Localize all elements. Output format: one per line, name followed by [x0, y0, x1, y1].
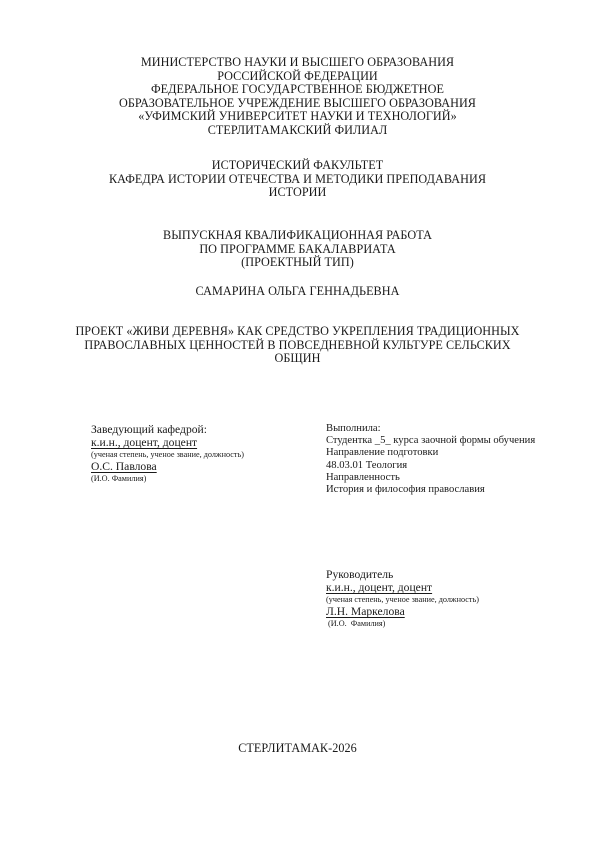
- completed-label: Выполнила:: [326, 423, 535, 435]
- thesis-title: ПРОЕКТ «ЖИВИ ДЕРЕВНЯ» КАК СРЕДСТВО УКРЕП…: [0, 325, 595, 366]
- header-line: МИНИСТЕРСТВО НАУКИ И ВЫСШЕГО ОБРАЗОВАНИЯ: [0, 56, 595, 70]
- faculty-line: ИСТОРИИ: [0, 186, 595, 200]
- head-degree-hint: (ученая степень, ученое звание, должност…: [91, 449, 244, 460]
- work-type-line: ВЫПУСКНАЯ КВАЛИФИКАЦИОННАЯ РАБОТА: [0, 229, 595, 243]
- head-label: Заведующий кафедрой:: [91, 423, 244, 436]
- completed-by-block: Выполнила: Студентка _5_ курса заочной ф…: [326, 423, 535, 496]
- header-line: РОССИЙСКОЙ ФЕДЕРАЦИИ: [0, 70, 595, 84]
- author-name: САМАРИНА ОЛЬГА ГЕННАДЬЕВНА: [0, 285, 595, 299]
- focus-label: Направленность: [326, 472, 535, 484]
- faculty-line: ИСТОРИЧЕСКИЙ ФАКУЛЬТЕТ: [0, 159, 595, 173]
- student-info: Студентка _5_ курса заочной формы обучен…: [326, 435, 535, 447]
- header-line: ФЕДЕРАЛЬНОЕ ГОСУДАРСТВЕННОЕ БЮДЖЕТНОЕ: [0, 83, 595, 97]
- supervisor-name-hint: (И.О. Фамилия): [326, 618, 479, 629]
- header-line: СТЕРЛИТАМАКСКИЙ ФИЛИАЛ: [0, 124, 595, 138]
- supervisor-name: Л.Н. Маркелова: [326, 605, 479, 618]
- faculty-block: ИСТОРИЧЕСКИЙ ФАКУЛЬТЕТ КАФЕДРА ИСТОРИИ О…: [0, 159, 595, 200]
- faculty-line: КАФЕДРА ИСТОРИИ ОТЕЧЕСТВА И МЕТОДИКИ ПРЕ…: [0, 173, 595, 187]
- direction-label: Направление подготовки: [326, 447, 535, 459]
- supervisor-degree-hint: (ученая степень, ученое звание, должност…: [326, 594, 479, 605]
- work-type-line: (ПРОЕКТНЫЙ ТИП): [0, 256, 595, 270]
- work-type-block: ВЫПУСКНАЯ КВАЛИФИКАЦИОННАЯ РАБОТА ПО ПРО…: [0, 229, 595, 270]
- title-line: ОБЩИН: [0, 352, 595, 366]
- head-name-hint: (И.О. Фамилия): [91, 473, 244, 484]
- supervisor-label: Руководитель: [326, 568, 479, 581]
- header-line: «УФИМСКИЙ УНИВЕРСИТЕТ НАУКИ И ТЕХНОЛОГИЙ…: [0, 110, 595, 124]
- ministry-header: МИНИСТЕРСТВО НАУКИ И ВЫСШЕГО ОБРАЗОВАНИЯ…: [0, 56, 595, 138]
- title-line: ПРОЕКТ «ЖИВИ ДЕРЕВНЯ» КАК СРЕДСТВО УКРЕП…: [0, 325, 595, 339]
- head-of-department-block: Заведующий кафедрой: к.и.н., доцент, доц…: [91, 423, 244, 484]
- head-degree: к.и.н., доцент, доцент: [91, 436, 244, 449]
- header-line: ОБРАЗОВАТЕЛЬНОЕ УЧРЕЖДЕНИЕ ВЫСШЕГО ОБРАЗ…: [0, 97, 595, 111]
- title-line: ПРАВОСЛАВНЫХ ЦЕННОСТЕЙ В ПОВСЕДНЕВНОЙ КУ…: [0, 339, 595, 353]
- supervisor-block: Руководитель к.и.н., доцент, доцент (уче…: [326, 568, 479, 629]
- direction-value: 48.03.01 Теология: [326, 460, 535, 472]
- work-type-line: ПО ПРОГРАММЕ БАКАЛАВРИАТА: [0, 243, 595, 257]
- author-text: САМАРИНА ОЛЬГА ГЕННАДЬЕВНА: [0, 285, 595, 299]
- supervisor-degree: к.и.н., доцент, доцент: [326, 581, 479, 594]
- footer-text: СТЕРЛИТАМАК-2026: [0, 742, 595, 756]
- city-year-footer: СТЕРЛИТАМАК-2026: [0, 742, 595, 756]
- head-name: О.С. Павлова: [91, 460, 244, 473]
- focus-value: История и философия православия: [326, 484, 535, 496]
